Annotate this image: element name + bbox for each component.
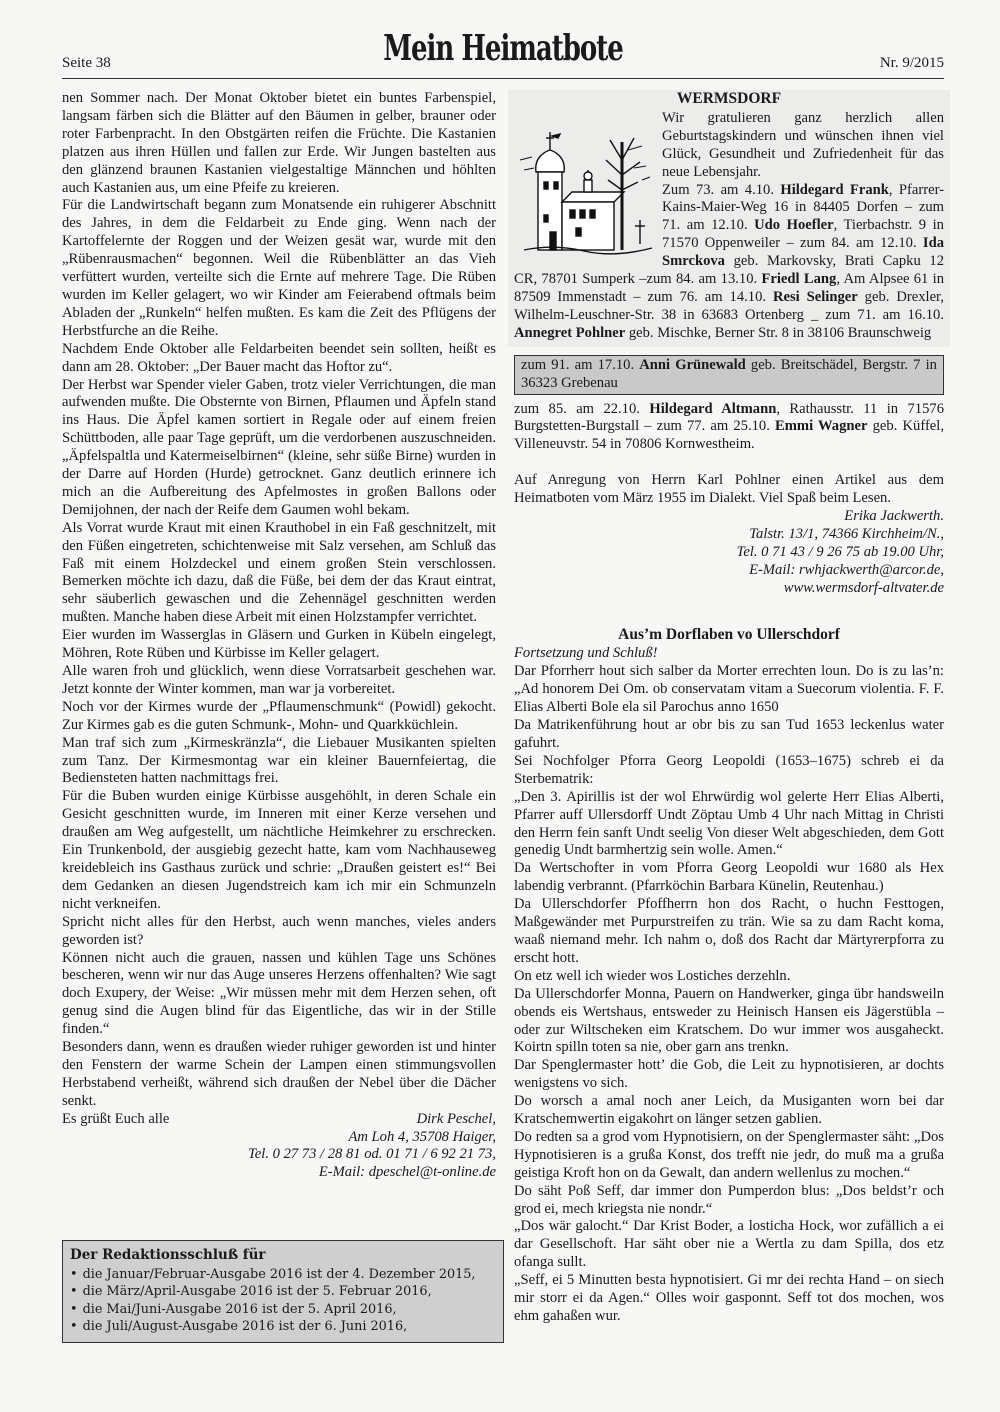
person-name: Hildegard Altmann [649,401,776,417]
wermsdorf-section: WERMSDORF [508,90,950,347]
paragraph: On etz well ich wieder wos Lostiches der… [514,968,944,986]
person-name: Anni Grünewald [639,357,746,373]
paragraph: Besonders dann, wenn es draußen wieder r… [62,1039,496,1111]
paragraph: „Dos wär galocht.“ Dar Krist Boder, a lo… [514,1218,944,1272]
paragraph: Nachdem Ende Oktober alle Feldarbeiten b… [62,341,496,377]
box-title: Der Redaktionsschluß für [70,1247,500,1265]
entry-text: zum 91. am 17.10. [521,357,639,373]
paragraph: Eier wurden im Wasserglas in Gläsern und… [62,627,496,663]
entry-text: geb. Mischke, Berner Str. 8 in 38106 Bra… [625,325,931,341]
author-address: Talstr. 13/1, 74366 Kirchheim/N., [514,526,944,544]
paragraph: Der Herbst war Spender vieler Gaben, tro… [62,377,496,520]
paragraph: Man traf sich zum „Kirmeskränzla“, die L… [62,735,496,789]
paragraph: „Seff, ei 5 Minutten besta hypnotisiert.… [514,1272,944,1326]
paragraph: Können nicht auch die grauen, nassen und… [62,950,496,1040]
author-name: Erika Jackwerth. [514,508,944,526]
church-illustration-icon [514,120,654,258]
masthead-logo: Mein Heimatbote [383,29,623,70]
deadline-item: die Mai/Juni-Ausgabe 2016 ist der 5. Apr… [70,1301,500,1319]
page-header: Seite 38 Mein Heimatbote Nr. 9/2015 [62,40,944,79]
author-phone: Tel. 0 71 43 / 9 26 75 ab 19.00 Uhr, [514,544,944,562]
author-phone: Tel. 0 27 73 / 28 81 od. 01 71 / 6 92 21… [62,1146,496,1164]
paragraph: Do redten sa a grod vom Hypnotisiern, on… [514,1129,944,1183]
greeting-row: Es grüßt Euch alle Dirk Peschel, [62,1111,496,1129]
author-email: E-Mail: rwhjackwerth@arcor.de, [514,562,944,580]
editorial-deadline-box: Der Redaktionsschluß für die Januar/Febr… [62,1240,504,1343]
birthday-list-continued: zum 85. am 22.10. Hildegard Altmann, Rat… [514,401,944,455]
issue-number: Nr. 9/2015 [880,55,944,72]
paragraph: Alle waren froh und glücklich, wenn dies… [62,663,496,699]
paragraph: Dar Spenglermaster hott’ die Gob, die Le… [514,1057,944,1093]
note-paragraph: Auf Anregung von Herrn Karl Pohlner eine… [514,472,944,508]
paragraph: Für die Buben wurden einige Kürbisse aus… [62,788,496,913]
paragraph: Spricht nicht alles für den Herbst, auch… [62,914,496,950]
page-number: Seite 38 [62,55,111,72]
person-name: Udo Hoefler [754,217,833,233]
greeting: Es grüßt Euch alle [62,1111,169,1129]
highlight-birthday-box: zum 91. am 17.10. Anni Grünewald geb. Br… [514,355,944,395]
author-email: E-Mail: dpeschel@t-online.de [62,1164,496,1182]
entry-text: zum 85. am 22.10. [514,401,649,417]
deadline-item: die März/April-Ausgabe 2016 ist der 5. F… [70,1283,500,1301]
person-name: Annegret Pohlner [514,325,625,341]
person-name: Resi Selinger [773,289,858,305]
author-name: Dirk Peschel, [169,1111,496,1129]
section-title-wermsdorf: WERMSDORF [514,90,944,108]
paragraph: Do worsch a amal noch aner Leich, da Mus… [514,1093,944,1129]
paragraph: Da Ullerschdorfer Monna, Pauern on Handw… [514,986,944,1058]
newspaper-page: Seite 38 Mein Heimatbote Nr. 9/2015 nen … [0,0,1000,1412]
section-title-dorflaben: Aus’m Dorflaben vo Ullerschdorf [514,626,944,644]
paragraph: Noch vor der Kirmes wurde der „Pflaumens… [62,699,496,735]
right-column: WERMSDORF [514,90,944,1326]
deadline-item: die Januar/Februar-Ausgabe 2016 ist der … [70,1266,500,1284]
paragraph: nen Sommer nach. Der Monat Oktober biete… [62,90,496,197]
paragraph: Da Matrikenführung hout ar obr bis zu sa… [514,717,944,753]
person-name: Friedl Lang [761,271,836,287]
section-subtitle: Fortsetzung und Schluß! [514,645,944,663]
paragraph: Dar Pforrherr hout sich salber da Morter… [514,663,944,717]
author-address: Am Loh 4, 35708 Haiger, [62,1129,496,1147]
author-website: www.wermsdorf-altvater.de [514,580,944,598]
deadline-item: die Juli/August-Ausgabe 2016 ist der 6. … [70,1318,500,1336]
paragraph: Da Ullerschdorfer Pfoffherrn hon dos Rac… [514,896,944,968]
paragraph: Do säht Poß Seff, dar immer don Pumperdo… [514,1183,944,1219]
person-name: Emmi Wagner [775,418,867,434]
paragraph: Als Vorrat wurde Kraut mit einen Krautho… [62,520,496,627]
paragraph: „Den 3. Apirillis ist der wol Ehrwürdig … [514,789,944,861]
left-column-article: nen Sommer nach. Der Monat Oktober biete… [62,90,496,1182]
paragraph: Sei Nochfolger Pforra Georg Leopoldi (16… [514,753,944,789]
person-name: Hildegard Frank [780,182,889,198]
paragraph: Für die Landwirtschaft begann zum Monats… [62,197,496,340]
entry-text: Zum 73. am 4.10. [662,182,780,198]
paragraph: Da Wertschofter in vom Pforra Georg Leop… [514,860,944,896]
